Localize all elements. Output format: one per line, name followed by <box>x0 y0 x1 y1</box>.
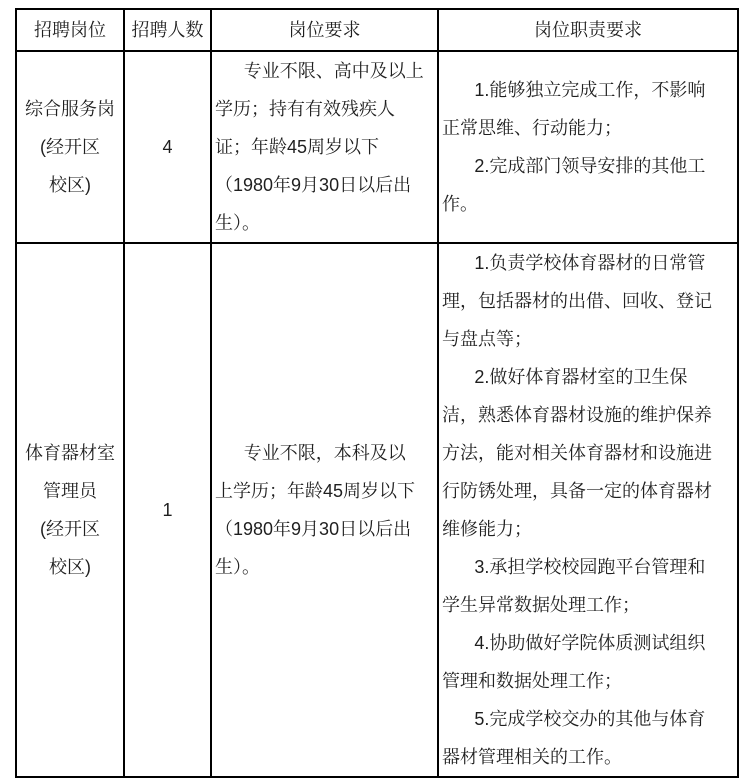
requirements-cell: 专业不限、高中及以上 学历；持有有效残疾人 证；年龄45周岁以下 （1980年9… <box>211 51 438 243</box>
position-cell: 体育器材室 管理员 (经开区 校区) <box>16 243 124 777</box>
document-page: 招聘岗位 招聘人数 岗位要求 岗位职责要求 综合服务岗 (经开区 校区) 4 专… <box>0 0 752 778</box>
header-cell-count: 招聘人数 <box>124 9 211 51</box>
duty-item: 3.承担学校校园跑平台管理和 学生异常数据处理工作； <box>442 548 731 624</box>
header-cell-requirements: 岗位要求 <box>211 9 438 51</box>
duty-item: 5.完成学校交办的其他与体育 器材管理相关的工作。 <box>442 700 731 776</box>
requirements-cell: 专业不限，本科及以 上学历；年龄45周岁以下 （1980年9月30日以后出 生）… <box>211 243 438 777</box>
duty-item: 2.做好体育器材室的卫生保 洁，熟悉体育器材设施的维护保养 方法，能对相关体育器… <box>442 358 731 548</box>
duty-item: 4.协助做好学院体质测试组织 管理和数据处理工作； <box>442 624 731 700</box>
requirements-text: 专业不限，本科及以 上学历；年龄45周岁以下 （1980年9月30日以后出 生）… <box>215 434 433 586</box>
count-cell: 1 <box>124 243 211 777</box>
recruitment-table: 招聘岗位 招聘人数 岗位要求 岗位职责要求 综合服务岗 (经开区 校区) 4 专… <box>15 8 739 778</box>
table-row: 体育器材室 管理员 (经开区 校区) 1 专业不限，本科及以 上学历；年龄45周… <box>16 243 738 777</box>
count-cell: 4 <box>124 51 211 243</box>
header-cell-duties: 岗位职责要求 <box>438 9 738 51</box>
duty-item: 1.负责学校体育器材的日常管 理，包括器材的出借、回收、登记 与盘点等； <box>442 244 731 358</box>
duty-item: 2.完成部门领导安排的其他工 作。 <box>442 147 731 223</box>
table-row: 综合服务岗 (经开区 校区) 4 专业不限、高中及以上 学历；持有有效残疾人 证… <box>16 51 738 243</box>
requirements-text: 专业不限、高中及以上 学历；持有有效残疾人 证；年龄45周岁以下 （1980年9… <box>215 52 433 242</box>
header-row: 招聘岗位 招聘人数 岗位要求 岗位职责要求 <box>16 9 738 51</box>
position-cell: 综合服务岗 (经开区 校区) <box>16 51 124 243</box>
header-cell-position: 招聘岗位 <box>16 9 124 51</box>
duty-item: 1.能够独立完成工作，不影响 正常思维、行动能力； <box>442 71 731 147</box>
duties-cell: 1.负责学校体育器材的日常管 理，包括器材的出借、回收、登记 与盘点等； 2.做… <box>438 243 738 777</box>
duties-cell: 1.能够独立完成工作，不影响 正常思维、行动能力； 2.完成部门领导安排的其他工… <box>438 51 738 243</box>
